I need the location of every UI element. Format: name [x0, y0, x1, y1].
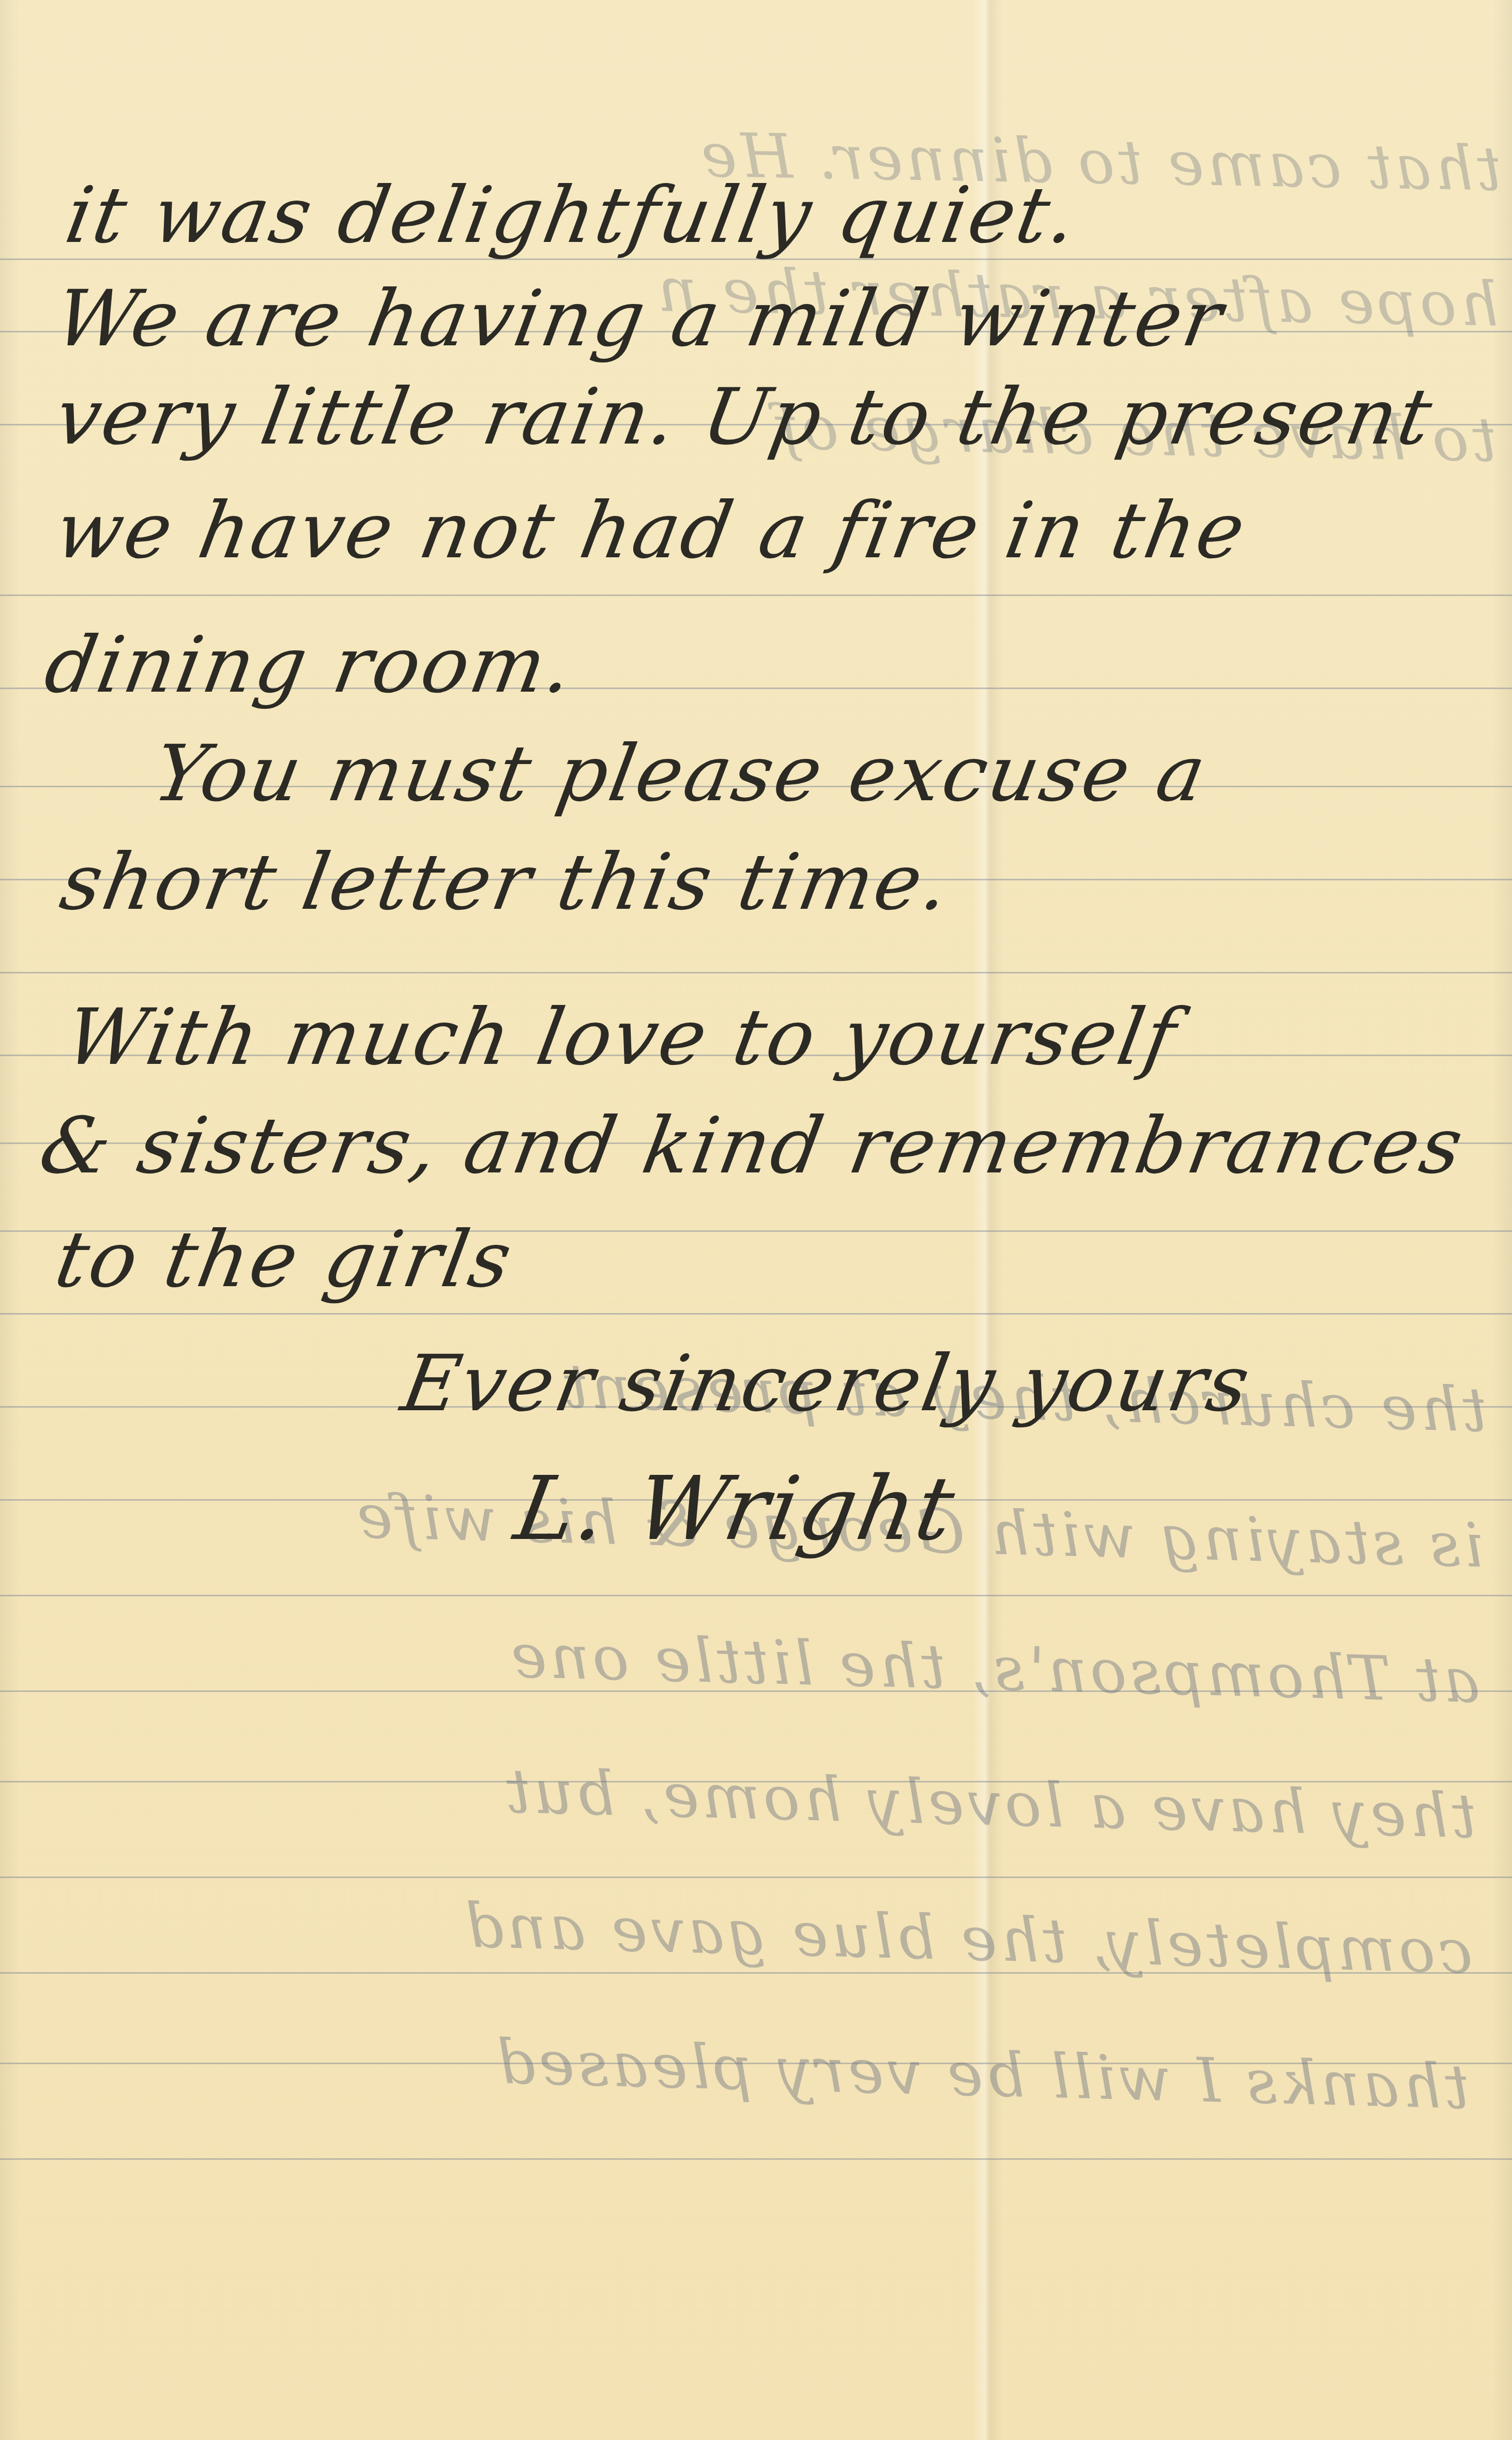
letter-line: With much love to yourself — [59, 993, 1184, 1082]
letter-line: it was delightfully quiet. — [59, 171, 1086, 261]
letter-line: We are having a mild winter — [49, 274, 1231, 364]
ruled-line — [0, 2158, 1512, 2160]
letter-closing: Ever sincerely yours — [395, 1339, 1258, 1429]
letter-line: & sisters, and kind remembrances — [34, 1101, 1471, 1191]
letter-line: to the girls — [49, 1215, 520, 1305]
letter-line: we have not had a fire in the — [49, 486, 1254, 576]
letter-signature: L. Wright — [508, 1458, 964, 1560]
letter-line: You must please excuse a — [147, 729, 1214, 819]
letter-line: dining room. — [39, 620, 582, 710]
bleed-through-lower: the church, they at present is staying w… — [21, 1305, 1489, 2155]
ruled-line — [0, 594, 1512, 596]
letter-line: short letter this time. — [54, 837, 958, 927]
letter-page: that came to dinner. He hope after a rat… — [0, 0, 1512, 2440]
letter-line: very little rain. Up to the present — [49, 372, 1440, 462]
ruled-line — [0, 972, 1512, 973]
